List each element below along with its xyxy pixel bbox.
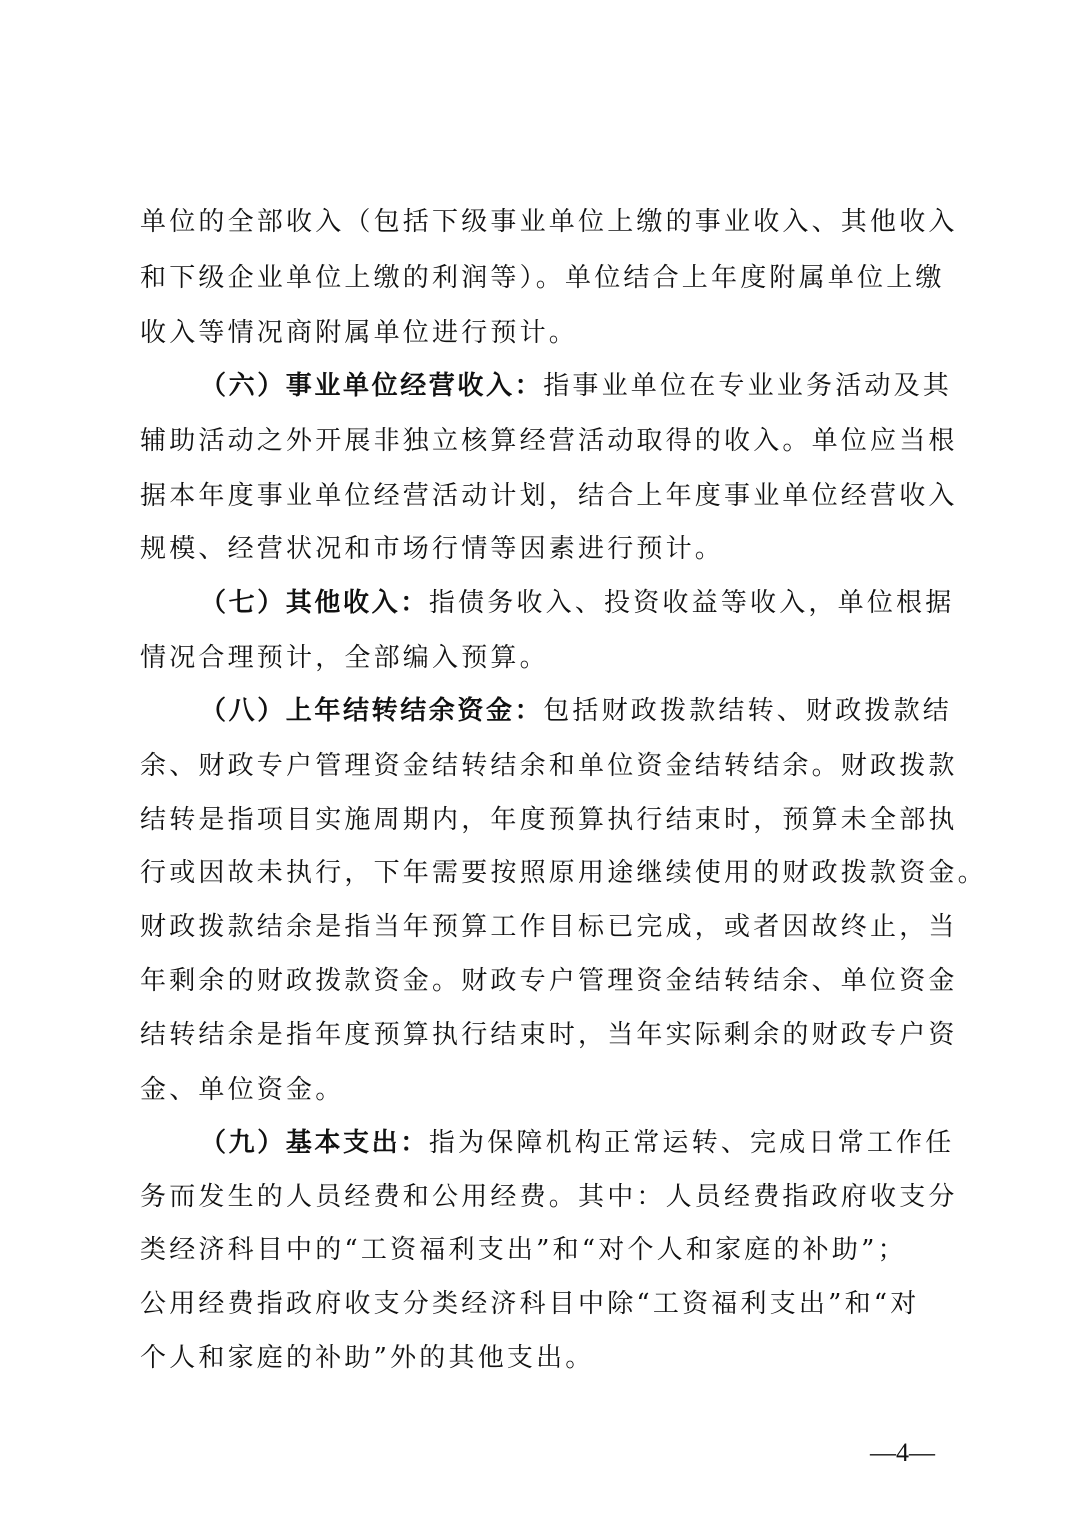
paragraph-line: 行或因故未执行，下年需要按照原用途继续使用的财政拨款资金。 [140, 853, 940, 893]
paragraph-line: 结转结余是指年度预算执行结束时，当年实际剩余的财政专户资 [140, 1015, 940, 1055]
paragraph-line: 公用经费指政府收支分类经济科目中除“工资福利支出”和“对 [140, 1284, 940, 1324]
section-heading: （九）基本支出： [200, 1128, 429, 1158]
section-heading: （六）事业单位经营收入： [200, 371, 543, 401]
section-nine-heading-line: （九）基本支出：指为保障机构正常运转、完成日常工作任 [200, 1123, 940, 1163]
paragraph-line: 个人和家庭的补助”外的其他支出。 [140, 1338, 940, 1378]
section-seven-heading-line: （七）其他收入：指债务收入、投资收益等收入，单位根据 [200, 583, 940, 623]
paragraph-line: 收入等情况商附属单位进行预计。 [140, 313, 940, 353]
paragraph-line: 年剩余的财政拨款资金。财政专户管理资金结转结余、单位资金 [140, 961, 940, 1001]
paragraph-line: 类经济科目中的“工资福利支出”和“对个人和家庭的补助”； [140, 1230, 940, 1270]
section-six-heading-line: （六）事业单位经营收入：指事业单位在专业业务活动及其 [200, 366, 940, 406]
paragraph-line: 和下级企业单位上缴的利润等）。单位结合上年度附属单位上缴 [140, 258, 940, 298]
page-number: —4— [870, 1438, 935, 1468]
paragraph-line: 金、单位资金。 [140, 1070, 940, 1110]
paragraph-line: 规模、经营状况和市场行情等因素进行预计。 [140, 529, 940, 569]
section-eight-heading-line: （八）上年结转结余资金：包括财政拨款结转、财政拨款结 [200, 691, 940, 731]
paragraph-line: 结转是指项目实施周期内，年度预算执行结束时，预算未全部执 [140, 800, 940, 840]
paragraph-line: 辅助活动之外开展非独立核算经营活动取得的收入。单位应当根 [140, 421, 940, 461]
paragraph-line: 情况合理预计，全部编入预算。 [140, 638, 940, 678]
paragraph-line: 单位的全部收入（包括下级事业单位上缴的事业收入、其他收入 [140, 202, 940, 242]
paragraph-line: 务而发生的人员经费和公用经费。其中：人员经费指政府收支分 [140, 1177, 940, 1217]
paragraph-line: 据本年度事业单位经营活动计划，结合上年度事业单位经营收入 [140, 476, 940, 516]
section-heading: （八）上年结转结余资金： [200, 696, 543, 726]
document-page: 单位的全部收入（包括下级事业单位上缴的事业收入、其他收入 和下级企业单位上缴的利… [0, 0, 1074, 1520]
section-heading: （七）其他收入： [200, 588, 429, 618]
paragraph-line: 余、财政专户管理资金结转结余和单位资金结转结余。财政拨款 [140, 746, 940, 786]
paragraph-line: 财政拨款结余是指当年预算工作目标已完成，或者因故终止，当 [140, 907, 940, 947]
